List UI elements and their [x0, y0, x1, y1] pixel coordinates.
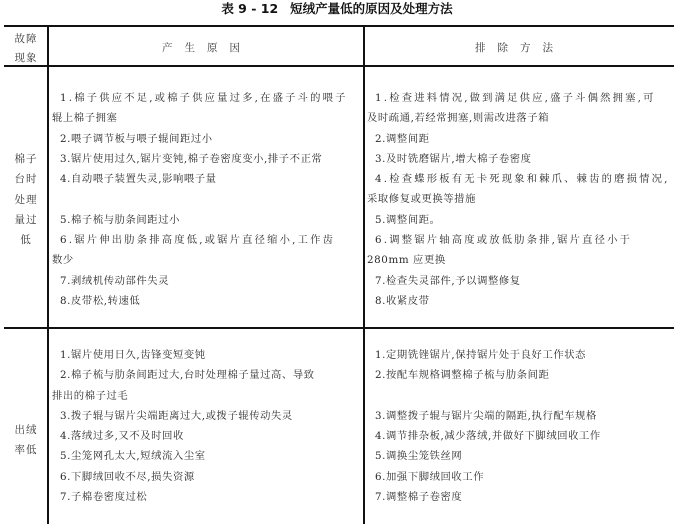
remedy-line: 5.调换尘笼铁丝网	[367, 446, 673, 466]
cause-line: 3.拨子辊与锯片尖端距离过大,或拨子辊传动失灵	[52, 406, 362, 426]
table-top-rule	[4, 25, 674, 27]
phenomenon-line: 出绒	[6, 420, 46, 440]
remedy-list: 1.定期铣锉锯片,保持锯片处于良好工作状态2.按配车规格调整棉子梳与肋条间距3.…	[367, 345, 673, 507]
remedy-line: 6.加强下脚绒回收工作	[367, 467, 673, 487]
cause-line: 1.棉子供应不足,或棉子供应量过多,在盛子斗的喂子	[52, 88, 362, 108]
remedy-line: 2.按配车规格调整棉子梳与肋条间距	[367, 365, 673, 385]
remedy-line	[367, 386, 673, 406]
remedy-line: 3.及时铣磨锯片,增大棉子卷密度	[367, 149, 673, 169]
cause-line: 6.锯片伸出肋条排高度低,或锯片直径缩小,工作齿	[52, 230, 362, 250]
cause-line: 6.下脚绒回收不尽,损失资源	[52, 467, 362, 487]
phenomenon-line: 量过	[6, 210, 46, 230]
phenomenon-line: 低	[6, 230, 46, 250]
header-phenomenon: 故障 现象	[6, 30, 46, 68]
remedy-line: 采取修复或更换等措施	[367, 189, 673, 209]
phenomenon-line: 台时	[6, 169, 46, 189]
remedy-line: 5.调整间距。	[367, 210, 673, 230]
header-cause: 产生原因	[50, 40, 364, 55]
cause-line: 排出的棉子过毛	[52, 386, 362, 406]
remedy-line: 3.调整拨子辊与锯片尖端的隔距,执行配车规格	[367, 406, 673, 426]
cause-line: 4.落绒过多,又不及时回收	[52, 426, 362, 446]
remedy-line: 1.检查进料情况,做到满足供应,盛子斗偶然拥塞,可	[367, 88, 673, 108]
cause-line: 5.尘笼网孔太大,短绒流入尘室	[52, 446, 362, 466]
table-number: 表 9 - 12	[221, 1, 278, 16]
phenomenon-cell: 出绒 率低	[6, 420, 46, 461]
phenomenon-line: 率低	[6, 440, 46, 460]
cause-list: 1.棉子供应不足,或棉子供应量过多,在盛子斗的喂子辊上棉子拥塞2.喂子调节板与喂…	[52, 88, 362, 311]
cause-line: 8.皮带松,转速低	[52, 291, 362, 311]
column-divider-left	[47, 26, 49, 524]
column-divider-middle	[363, 26, 365, 524]
cause-line: 5.棉子梳与肋条间距过小	[52, 210, 362, 230]
cause-line: 4.自动喂子装置失灵,影响喂子量	[52, 169, 362, 189]
remedy-line: 4.检查蝶形板有无卡死现象和棘爪、棘齿的磨损情况,	[367, 169, 673, 189]
remedy-line: 7.检查失灵部件,予以调整修复	[367, 271, 673, 291]
remedy-line: 7.调整棉子卷密度	[367, 487, 673, 507]
header-remedy: 排除方法	[366, 40, 674, 55]
header-phenomenon-line: 故障	[6, 30, 46, 49]
cause-line: 1.锯片使用日久,齿锋变短变钝	[52, 345, 362, 365]
remedy-line: 4.调节排杂板,减少落绒,并做好下脚绒回收工作	[367, 426, 673, 446]
cause-line: 辊上棉子拥塞	[52, 108, 362, 128]
table-caption: 表 9 - 12短绒产量低的原因及处理方法	[0, 0, 674, 22]
header-phenomenon-line: 现象	[6, 49, 46, 68]
remedy-line: 280mm 应更换	[367, 250, 673, 270]
cause-line: 3.锯片使用过久,锯片变钝,棉子卷密度变小,排子不正常	[52, 149, 362, 169]
remedy-line: 6.调整锯片轴高度或放低肋条排,锯片直径小于	[367, 230, 673, 250]
cause-line	[52, 189, 362, 209]
cause-line: 7.子棉卷密度过松	[52, 487, 362, 507]
cause-line: 2.棉子梳与肋条间距过大,台时处理棉子量过高、导致	[52, 365, 362, 385]
phenomenon-line: 棉子	[6, 149, 46, 169]
cause-line: 数少	[52, 250, 362, 270]
phenomenon-cell: 棉子 台时 处理 量过 低	[6, 149, 46, 250]
phenomenon-line: 处理	[6, 190, 46, 210]
cause-list: 1.锯片使用日久,齿锋变短变钝2.棉子梳与肋条间距过大,台时处理棉子量过高、导致…	[52, 345, 362, 507]
cause-line: 2.喂子调节板与喂子辊间距过小	[52, 129, 362, 149]
header-bottom-rule	[4, 65, 674, 67]
remedy-line: 及时疏通,若经常拥塞,则需改进落子箱	[367, 108, 673, 128]
cause-line: 7.剥绒机传动部件失灵	[52, 271, 362, 291]
table-title: 短绒产量低的原因及处理方法	[290, 1, 453, 16]
remedy-line: 8.收紧皮带	[367, 291, 673, 311]
remedy-list: 1.检查进料情况,做到满足供应,盛子斗偶然拥塞,可及时疏通,若经常拥塞,则需改进…	[367, 88, 673, 311]
remedy-line: 1.定期铣锉锯片,保持锯片处于良好工作状态	[367, 345, 673, 365]
remedy-line: 2.调整间距	[367, 129, 673, 149]
section-divider-rule	[4, 327, 674, 329]
